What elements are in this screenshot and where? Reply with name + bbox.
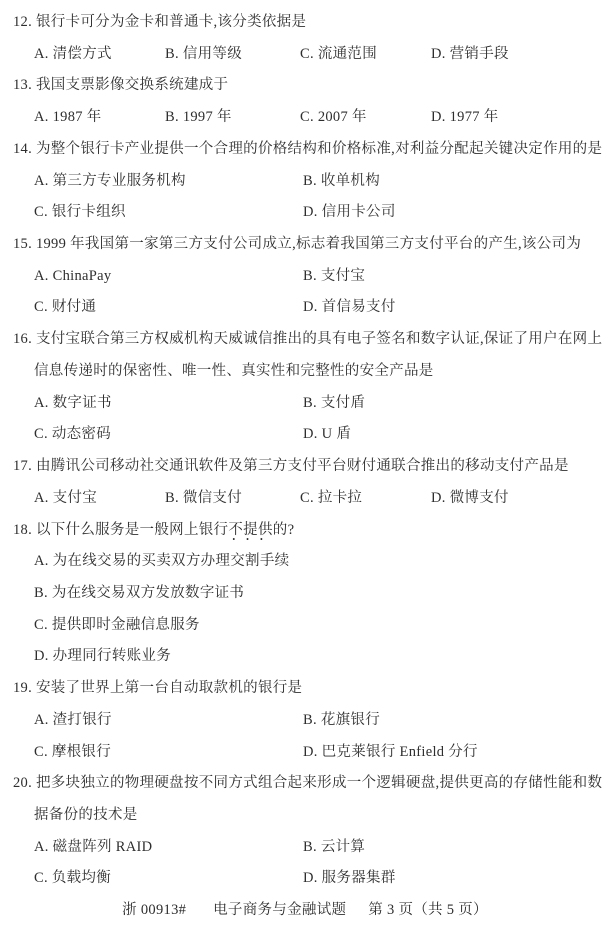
question-17-stem: 17. 由腾讯公司移动社交通讯软件及第三方支付平台财付通联合推出的移动支付产品是 bbox=[13, 451, 569, 483]
question-20-stem-line2: 据备份的技术是 bbox=[34, 800, 138, 832]
question-12-option-b: B. 信用等级 bbox=[165, 39, 242, 71]
question-13-option-a: A. 1987 年 bbox=[34, 102, 102, 134]
question-16-option-c: C. 动态密码 bbox=[34, 419, 111, 451]
question-20-option-c: C. 负载均衡 bbox=[34, 863, 111, 895]
exam-paper-page: 12. 银行卡可分为金卡和普通卡,该分类依据是 A. 清偿方式 B. 信用等级 … bbox=[0, 0, 610, 929]
question-16-option-a: A. 数字证书 bbox=[34, 388, 112, 420]
question-18-option-b: B. 为在线交易双方发放数字证书 bbox=[34, 578, 244, 610]
question-20-options-cd: C. 负载均衡 D. 服务器集群 bbox=[0, 863, 610, 895]
question-15-option-a: A. ChinaPay bbox=[34, 261, 111, 293]
question-16-option-b: B. 支付盾 bbox=[303, 388, 365, 420]
question-20-options-ab: A. 磁盘阵列 RAID B. 云计算 bbox=[0, 832, 610, 864]
question-16-stem-line2: 信息传递时的保密性、唯一性、真实性和完整性的安全产品是 bbox=[34, 356, 434, 388]
question-19: 19. 安装了世界上第一台自动取款机的银行是 bbox=[0, 673, 610, 705]
question-14-option-c: C. 银行卡组织 bbox=[34, 197, 126, 229]
question-18-stem-post: 的? bbox=[273, 522, 295, 538]
question-15-option-b: B. 支付宝 bbox=[303, 261, 365, 293]
question-12-option-c: C. 流通范围 bbox=[300, 39, 377, 71]
question-15-stem: 15. 1999 年我国第一家第三方支付公司成立,标志着我国第三方支付平台的产生… bbox=[13, 229, 581, 261]
question-19-option-a: A. 渣打银行 bbox=[34, 705, 112, 737]
question-20-stem-wrap: 据备份的技术是 bbox=[0, 800, 610, 832]
question-12-stem: 12. 银行卡可分为金卡和普通卡,该分类依据是 bbox=[13, 7, 306, 39]
question-15-options-cd: C. 财付通 D. 首信易支付 bbox=[0, 292, 610, 324]
question-14: 14. 为整个银行卡产业提供一个合理的价格结构和价格标准,对利益分配起关键决定作… bbox=[0, 134, 610, 166]
question-15-option-d: D. 首信易支付 bbox=[303, 292, 396, 324]
question-14-options-ab: A. 第三方专业服务机构 B. 收单机构 bbox=[0, 166, 610, 198]
question-18-stem: 18. 以下什么服务是一般网上银行不提供的? bbox=[13, 515, 294, 547]
question-12-option-a: A. 清偿方式 bbox=[34, 39, 112, 71]
question-15-options-ab: A. ChinaPay B. 支付宝 bbox=[0, 261, 610, 293]
question-20-option-d: D. 服务器集群 bbox=[303, 863, 396, 895]
question-17-option-c: C. 拉卡拉 bbox=[300, 483, 362, 515]
question-20-option-a: A. 磁盘阵列 RAID bbox=[34, 832, 152, 864]
question-19-stem: 19. 安装了世界上第一台自动取款机的银行是 bbox=[13, 673, 302, 705]
question-20: 20. 把多块独立的物理硬盘按不同方式组合起来形成一个逻辑硬盘,提供更高的存储性… bbox=[0, 768, 610, 800]
footer-exam-title: 电子商务与金融试题 bbox=[213, 902, 346, 918]
question-17-options: A. 支付宝 B. 微信支付 C. 拉卡拉 D. 微博支付 bbox=[0, 483, 610, 515]
question-18-option-row-b: B. 为在线交易双方发放数字证书 bbox=[0, 578, 610, 610]
footer-page-number: 第 3 页（共 5 页） bbox=[368, 902, 488, 918]
question-15-option-c: C. 财付通 bbox=[34, 292, 96, 324]
question-20-stem-line1: 20. 把多块独立的物理硬盘按不同方式组合起来形成一个逻辑硬盘,提供更高的存储性… bbox=[13, 768, 602, 800]
question-19-option-b: B. 花旗银行 bbox=[303, 705, 380, 737]
question-18-option-row-d: D. 办理同行转账业务 bbox=[0, 641, 610, 673]
question-13-stem: 13. 我国支票影像交换系统建成于 bbox=[13, 70, 228, 102]
question-14-stem: 14. 为整个银行卡产业提供一个合理的价格结构和价格标准,对利益分配起关键决定作… bbox=[13, 134, 602, 166]
question-17-option-d: D. 微博支付 bbox=[431, 483, 509, 515]
question-14-options-cd: C. 银行卡组织 D. 信用卡公司 bbox=[0, 197, 610, 229]
question-13-option-c: C. 2007 年 bbox=[300, 102, 367, 134]
question-18: 18. 以下什么服务是一般网上银行不提供的? bbox=[0, 515, 610, 547]
question-16-stem-wrap: 信息传递时的保密性、唯一性、真实性和完整性的安全产品是 bbox=[0, 356, 610, 388]
question-13-option-b: B. 1997 年 bbox=[165, 102, 232, 134]
question-12-option-d: D. 营销手段 bbox=[431, 39, 509, 71]
question-18-option-c: C. 提供即时金融信息服务 bbox=[34, 610, 200, 642]
question-14-option-a: A. 第三方专业服务机构 bbox=[34, 166, 186, 198]
footer-exam-code: 浙 00913# bbox=[122, 902, 186, 918]
question-19-option-d: D. 巴克莱银行 Enfield 分行 bbox=[303, 737, 478, 769]
question-19-options-cd: C. 摩根银行 D. 巴克莱银行 Enfield 分行 bbox=[0, 737, 610, 769]
question-14-option-b: B. 收单机构 bbox=[303, 166, 380, 198]
question-17: 17. 由腾讯公司移动社交通讯软件及第三方支付平台财付通联合推出的移动支付产品是 bbox=[0, 451, 610, 483]
question-18-option-row-c: C. 提供即时金融信息服务 bbox=[0, 610, 610, 642]
question-20-option-b: B. 云计算 bbox=[303, 832, 365, 864]
question-13-options: A. 1987 年 B. 1997 年 C. 2007 年 D. 1977 年 bbox=[0, 102, 610, 134]
question-12: 12. 银行卡可分为金卡和普通卡,该分类依据是 bbox=[0, 7, 610, 39]
question-18-option-row-a: A. 为在线交易的买卖双方办理交割手续 bbox=[0, 546, 610, 578]
question-15: 15. 1999 年我国第一家第三方支付公司成立,标志着我国第三方支付平台的产生… bbox=[0, 229, 610, 261]
question-17-option-b: B. 微信支付 bbox=[165, 483, 242, 515]
question-16-option-d: D. U 盾 bbox=[303, 419, 351, 451]
question-16-stem-line1: 16. 支付宝联合第三方权威机构天威诚信推出的具有电子签名和数字认证,保证了用户… bbox=[13, 324, 602, 356]
question-13: 13. 我国支票影像交换系统建成于 bbox=[0, 70, 610, 102]
question-13-option-d: D. 1977 年 bbox=[431, 102, 499, 134]
question-18-emphasized-text: 不提供 bbox=[228, 522, 272, 538]
page-footer: 浙 00913# 电子商务与金融试题 第 3 页（共 5 页） bbox=[0, 895, 610, 927]
question-19-options-ab: A. 渣打银行 B. 花旗银行 bbox=[0, 705, 610, 737]
question-19-option-c: C. 摩根银行 bbox=[34, 737, 111, 769]
question-12-options: A. 清偿方式 B. 信用等级 C. 流通范围 D. 营销手段 bbox=[0, 39, 610, 71]
question-18-stem-pre: 18. 以下什么服务是一般网上银行 bbox=[13, 522, 228, 538]
question-14-option-d: D. 信用卡公司 bbox=[303, 197, 396, 229]
question-16: 16. 支付宝联合第三方权威机构天威诚信推出的具有电子签名和数字认证,保证了用户… bbox=[0, 324, 610, 356]
question-16-options-ab: A. 数字证书 B. 支付盾 bbox=[0, 388, 610, 420]
question-17-option-a: A. 支付宝 bbox=[34, 483, 97, 515]
question-18-option-a: A. 为在线交易的买卖双方办理交割手续 bbox=[34, 546, 289, 578]
question-16-options-cd: C. 动态密码 D. U 盾 bbox=[0, 419, 610, 451]
question-18-option-d: D. 办理同行转账业务 bbox=[34, 641, 171, 673]
